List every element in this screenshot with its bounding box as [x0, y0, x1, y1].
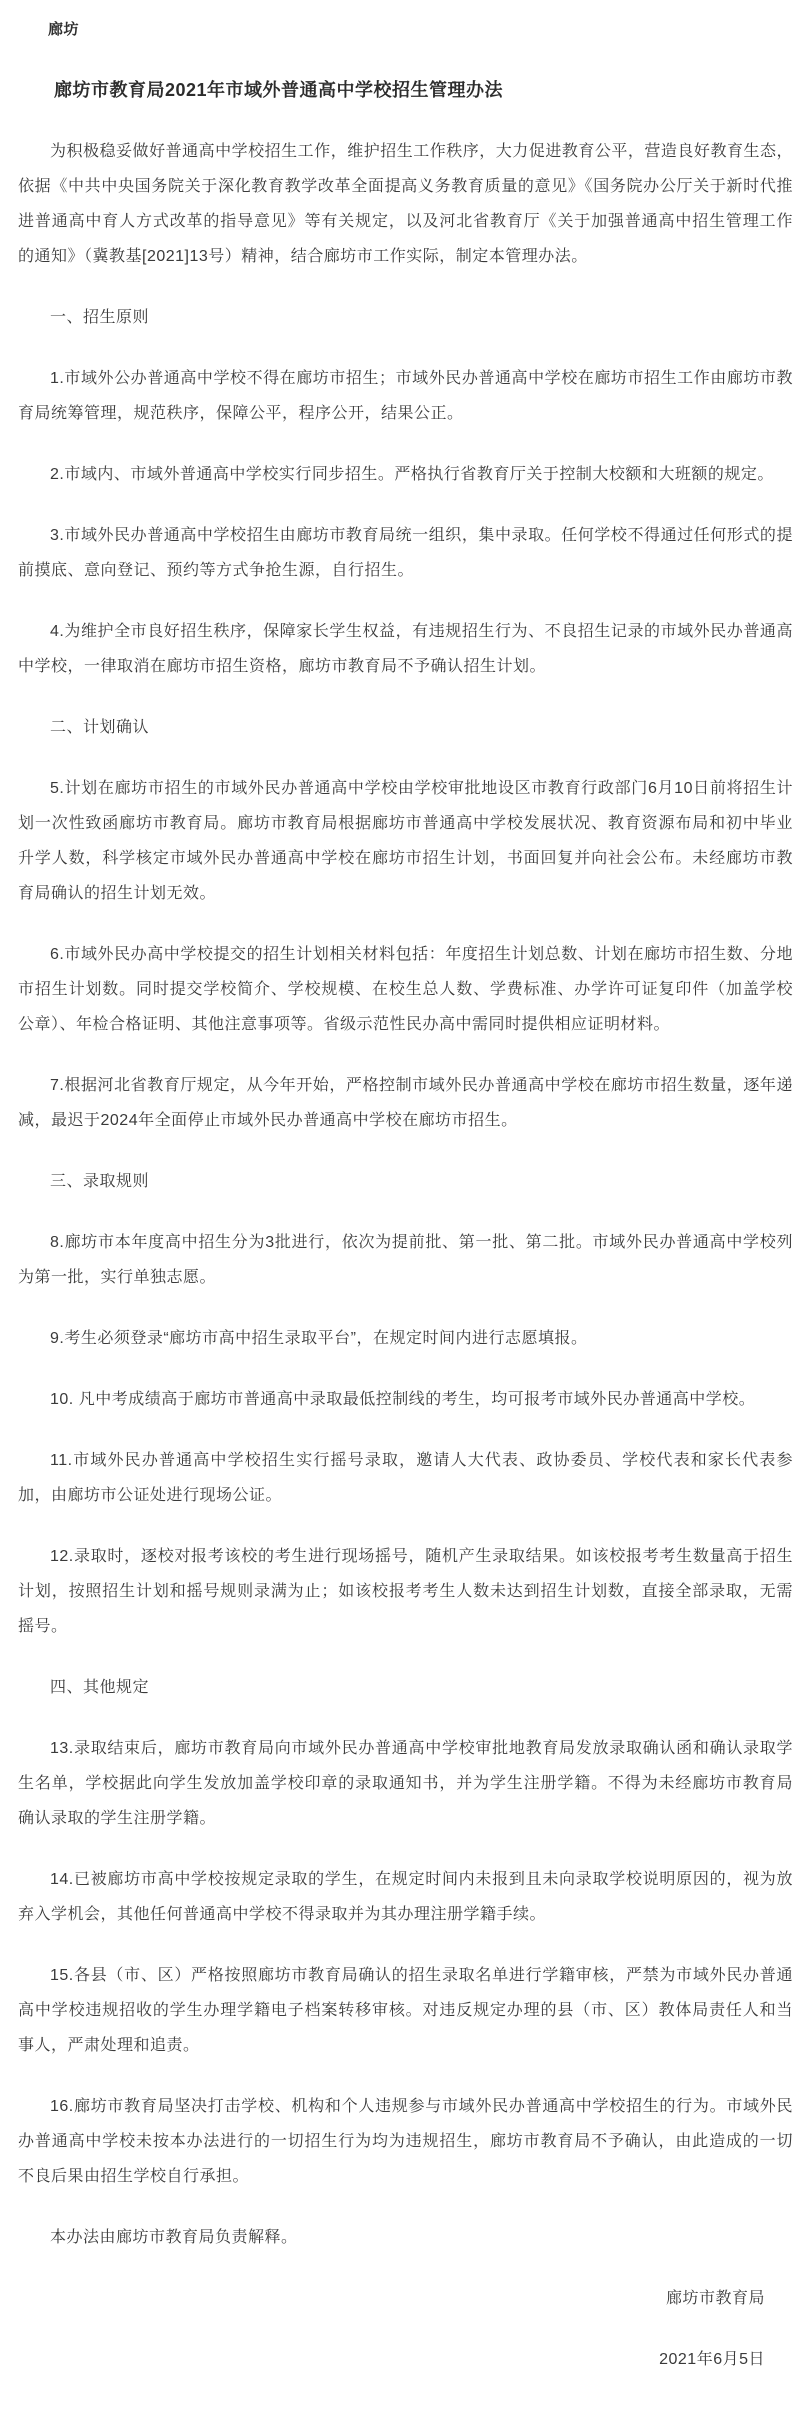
- paragraph: 2.市域内、市域外普通高中学校实行同步招生。严格执行省教育厅关于控制大校额和大班…: [18, 457, 793, 492]
- paragraph: 16.廊坊市教育局坚决打击学校、机构和个人违规参与市域外民办普通高中学校招生的行…: [18, 2089, 793, 2194]
- document-page: 廊坊廊坊市教育局2021年市域外普通高中学校招生管理办法为积极稳妥做好普通高中学…: [0, 0, 807, 2433]
- paragraph: 10. 凡中考成绩高于廊坊市普通高中录取最低控制线的考生，均可报考市域外民办普通…: [18, 1382, 793, 1417]
- paragraph: 9.考生必须登录“廊坊市高中招生录取平台”，在规定时间内进行志愿填报。: [18, 1321, 793, 1356]
- paragraph: 为积极稳妥做好普通高中学校招生工作，维护招生工作秩序，大力促进教育公平，营造良好…: [18, 134, 793, 274]
- paragraph: 8.廊坊市本年度高中招生分为3批进行，依次为提前批、第一批、第二批。市域外民办普…: [18, 1225, 793, 1295]
- date: 2021年6月5日: [18, 2342, 793, 2377]
- paragraph: 14.已被廊坊市高中学校按规定录取的学生，在规定时间内未报到且未向录取学校说明原…: [18, 1862, 793, 1932]
- paragraph: 12.录取时，逐校对报考该校的考生进行现场摇号，随机产生录取结果。如该校报考考生…: [18, 1539, 793, 1644]
- document-body: 廊坊廊坊市教育局2021年市域外普通高中学校招生管理办法为积极稳妥做好普通高中学…: [18, 12, 793, 2377]
- doc-label: 廊坊: [18, 12, 793, 47]
- section-heading: 三、录取规则: [18, 1164, 793, 1199]
- paragraph: 本办法由廊坊市教育局负责解释。: [18, 2220, 793, 2255]
- signature: 廊坊市教育局: [18, 2281, 793, 2316]
- document-title: 廊坊市教育局2021年市域外普通高中学校招生管理办法: [18, 73, 793, 108]
- section-heading: 四、其他规定: [18, 1670, 793, 1705]
- section-heading: 一、招生原则: [18, 300, 793, 335]
- paragraph: 15.各县（市、区）严格按照廊坊市教育局确认的招生录取名单进行学籍审核，严禁为市…: [18, 1958, 793, 2063]
- paragraph: 13.录取结束后，廊坊市教育局向市域外民办普通高中学校审批地教育局发放录取确认函…: [18, 1731, 793, 1836]
- paragraph: 3.市域外民办普通高中学校招生由廊坊市教育局统一组织，集中录取。任何学校不得通过…: [18, 518, 793, 588]
- paragraph: 1.市域外公办普通高中学校不得在廊坊市招生；市域外民办普通高中学校在廊坊市招生工…: [18, 361, 793, 431]
- paragraph: 11.市域外民办普通高中学校招生实行摇号录取，邀请人大代表、政协委员、学校代表和…: [18, 1443, 793, 1513]
- paragraph: 5.计划在廊坊市招生的市域外民办普通高中学校由学校审批地设区市教育行政部门6月1…: [18, 771, 793, 911]
- section-heading: 二、计划确认: [18, 710, 793, 745]
- paragraph: 7.根据河北省教育厅规定，从今年开始，严格控制市域外民办普通高中学校在廊坊市招生…: [18, 1068, 793, 1138]
- paragraph: 4.为维护全市良好招生秩序，保障家长学生权益，有违规招生行为、不良招生记录的市域…: [18, 614, 793, 684]
- paragraph: 6.市域外民办高中学校提交的招生计划相关材料包括：年度招生计划总数、计划在廊坊市…: [18, 937, 793, 1042]
